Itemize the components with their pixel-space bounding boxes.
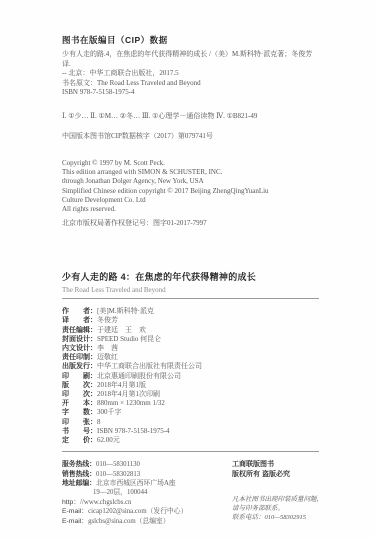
row-value: ISBN 978-7-5158-1975-4: [97, 427, 170, 435]
row-value: 北京惠通印刷股份有限公司: [97, 372, 181, 380]
row-value: 010—58301130: [96, 461, 140, 468]
row-value: 19—20层，100044: [93, 489, 147, 496]
row-value: 2018年4月第1次印刷: [97, 390, 160, 398]
pubinfo-row-price: 定 价：62.00元: [62, 436, 319, 445]
email-distribution: E-mail：cicap1202@sina.com（发行中心）: [62, 507, 230, 516]
row-value: 迈敬红: [97, 353, 118, 361]
copyright-line: All rights reserved.: [62, 205, 319, 214]
row-label: 印 刷：: [62, 373, 97, 380]
row-value: 冬俊芳: [97, 316, 118, 324]
cip-description: 少有人走的路.4，在焦虑的年代获得精神的成长 /（美）M.斯科特·派克著；冬俊芳…: [62, 50, 319, 98]
footer-notice-block: 工商联版图书 版权所有 盗版必究 凡本社图书出现印装质量问题， 请与印务部联系。…: [232, 460, 319, 526]
divider: [62, 298, 319, 299]
row-value: [美]M.斯科特·派克: [97, 307, 154, 315]
cip-heading: 图书在版编目（CIP）数据: [62, 34, 319, 46]
row-label: 地址邮编：: [62, 480, 96, 487]
quality-line: 请与印务部联系。: [232, 504, 319, 513]
row-value: 8: [97, 418, 101, 426]
row-label: 作 者：: [62, 308, 97, 315]
cip-line-isbn: ISBN 978-7-5158-1975-4: [62, 88, 319, 98]
book-title-chinese: 少有人走的路 4：在焦虑的年代获得精神的成长: [62, 270, 319, 283]
row-label: 定 价：: [62, 437, 97, 444]
pubinfo-row-translator: 译 者：冬俊芳: [62, 316, 319, 325]
quality-line: 凡本社图书出现印装质量问题，: [232, 495, 319, 504]
copyright-registration-number: 北京市版权局著作权登记号：图字01-2017-7997: [62, 218, 319, 228]
sales-hotline: 销售热线：010—58302813: [62, 470, 230, 479]
website-link: http：//www.chgslcbs.cn: [62, 498, 230, 507]
cip-line-title: 少有人走的路.4，在焦虑的年代获得精神的成长 /（美）M.斯科特·派克著；冬俊芳…: [62, 50, 319, 69]
copyright-line: Copyright © 1997 by M. Scott Peck.: [62, 159, 319, 168]
pubinfo-row-sheets: 印 张：8: [62, 418, 319, 427]
pubinfo-row-layout-design: 内文设计：李 茜: [62, 344, 319, 353]
cip-classification: Ⅰ. ①少… Ⅱ. ①M… ②冬… Ⅲ. ①心理学－通俗读物 Ⅳ. ①B821-…: [62, 111, 319, 121]
row-label: 印 次：: [62, 391, 97, 398]
pubinfo-row-isbn: 书 号：ISBN 978-7-5158-1975-4: [62, 427, 319, 436]
copyright-line: Culture Development Co. Ltd: [62, 196, 319, 205]
cip-line-publisher: -- 北京：中华工商联合出版社，2017.5: [62, 69, 319, 79]
row-label: 内文设计：: [62, 345, 97, 352]
row-value: //www.chgslcbs.cn: [80, 499, 131, 506]
row-value: 010—58302813: [96, 471, 140, 478]
row-label: 字 数：: [62, 409, 97, 416]
pubinfo-row-word-count: 字 数：300千字: [62, 408, 319, 417]
row-value: 300千字: [97, 408, 122, 416]
row-value: 880mm × 1230mm 1/32: [97, 399, 165, 407]
pubinfo-row-author: 作 者：[美]M.斯科特·派克: [62, 307, 319, 316]
imprint-notice: 工商联版图书: [232, 460, 319, 469]
pubinfo-row-impression: 印 次：2018年4月第1次印刷: [62, 390, 319, 399]
row-label: 责任印制：: [62, 354, 97, 361]
row-label: 版 次：: [62, 382, 97, 389]
row-value: 北京市西城区西环广场A座: [96, 480, 176, 487]
pubinfo-row-cover-design: 封面设计：SPEED Studio 何昆仑: [62, 335, 319, 344]
row-label: 译 者：: [62, 317, 97, 324]
row-label: E-mail：: [62, 518, 88, 525]
row-label: 责任编辑：: [62, 327, 97, 334]
row-label: 封面设计：: [62, 336, 97, 343]
row-value: cicap1202@sina.com（发行中心）: [88, 508, 187, 515]
book-copyright-page: 图书在版编目（CIP）数据 少有人走的路.4，在焦虑的年代获得精神的成长 /（美…: [0, 0, 375, 538]
pubinfo-row-edition: 版 次：2018年4月第1版: [62, 381, 319, 390]
quality-notice: 凡本社图书出现印装质量问题， 请与印务部联系。 联系电话：010—5830291…: [232, 495, 319, 523]
pubinfo-row-editor: 责任编辑：于建廷 王 欢: [62, 326, 319, 335]
row-label: http：: [62, 499, 80, 506]
quality-line: 联系电话：010—58302915: [232, 513, 319, 522]
row-value: 于建廷 王 欢: [97, 326, 146, 334]
cip-registry-number: 中国版本图书馆CIP数据核字（2017）第079741号: [62, 131, 319, 141]
row-label: E-mail：: [62, 508, 88, 515]
copyright-line: Simplified Chinese edition copyright © 2…: [62, 187, 319, 196]
copyright-line: This edition arranged with SIMON & SCHUS…: [62, 168, 319, 177]
publication-info-table: 作 者：[美]M.斯科特·派克 译 者：冬俊芳 责任编辑：于建廷 王 欢 封面设…: [62, 307, 319, 445]
pubinfo-row-printer: 印 刷：北京惠通印刷股份有限公司: [62, 372, 319, 381]
footer: 服务热线：010—58301130 销售热线：010—58302813 地址邮编…: [62, 460, 319, 526]
row-label: 销售热线：: [62, 471, 96, 478]
row-label: 服务热线：: [62, 461, 96, 468]
copyright-line: through Jonathan Dolger Agency, New York…: [62, 177, 319, 186]
address-line-2: 19—20层，100044: [62, 488, 230, 497]
service-hotline: 服务热线：010—58301130: [62, 460, 230, 469]
email-editorial: E-mail：gslcbs@sina.com（总编室）: [62, 517, 230, 526]
row-label: 印 张：: [62, 419, 97, 426]
row-label: 开 本：: [62, 400, 97, 407]
cip-line-original-title: 书名原文：The Road Less Traveled and Beyond: [62, 79, 319, 89]
pubinfo-row-publisher: 出版发行：中华工商联合出版社有限责任公司: [62, 362, 319, 371]
copyright-warning: 版权所有 盗版必究: [232, 470, 319, 479]
row-label: 书 号：: [62, 428, 97, 435]
divider: [62, 451, 319, 452]
book-title-english: The Road Less Traveled and Beyond: [62, 286, 319, 294]
row-value: 中华工商联合出版社有限责任公司: [97, 362, 202, 370]
address-line-1: 地址邮编：北京市西城区西环广场A座: [62, 479, 230, 488]
row-value: 62.00元: [97, 436, 120, 444]
row-value: 2018年4月第1版: [97, 381, 146, 389]
footer-contact-block: 服务热线：010—58301130 销售热线：010—58302813 地址邮编…: [62, 460, 230, 526]
row-value: SPEED Studio 何昆仑: [97, 335, 161, 343]
row-label: 出版发行：: [62, 363, 97, 370]
row-value: gslcbs@sina.com（总编室）: [88, 518, 170, 525]
copyright-notice: Copyright © 1997 by M. Scott Peck. This …: [62, 159, 319, 214]
page-content: 图书在版编目（CIP）数据 少有人走的路.4，在焦虑的年代获得精神的成长 /（美…: [0, 0, 375, 526]
row-value: 李 茜: [97, 344, 118, 352]
